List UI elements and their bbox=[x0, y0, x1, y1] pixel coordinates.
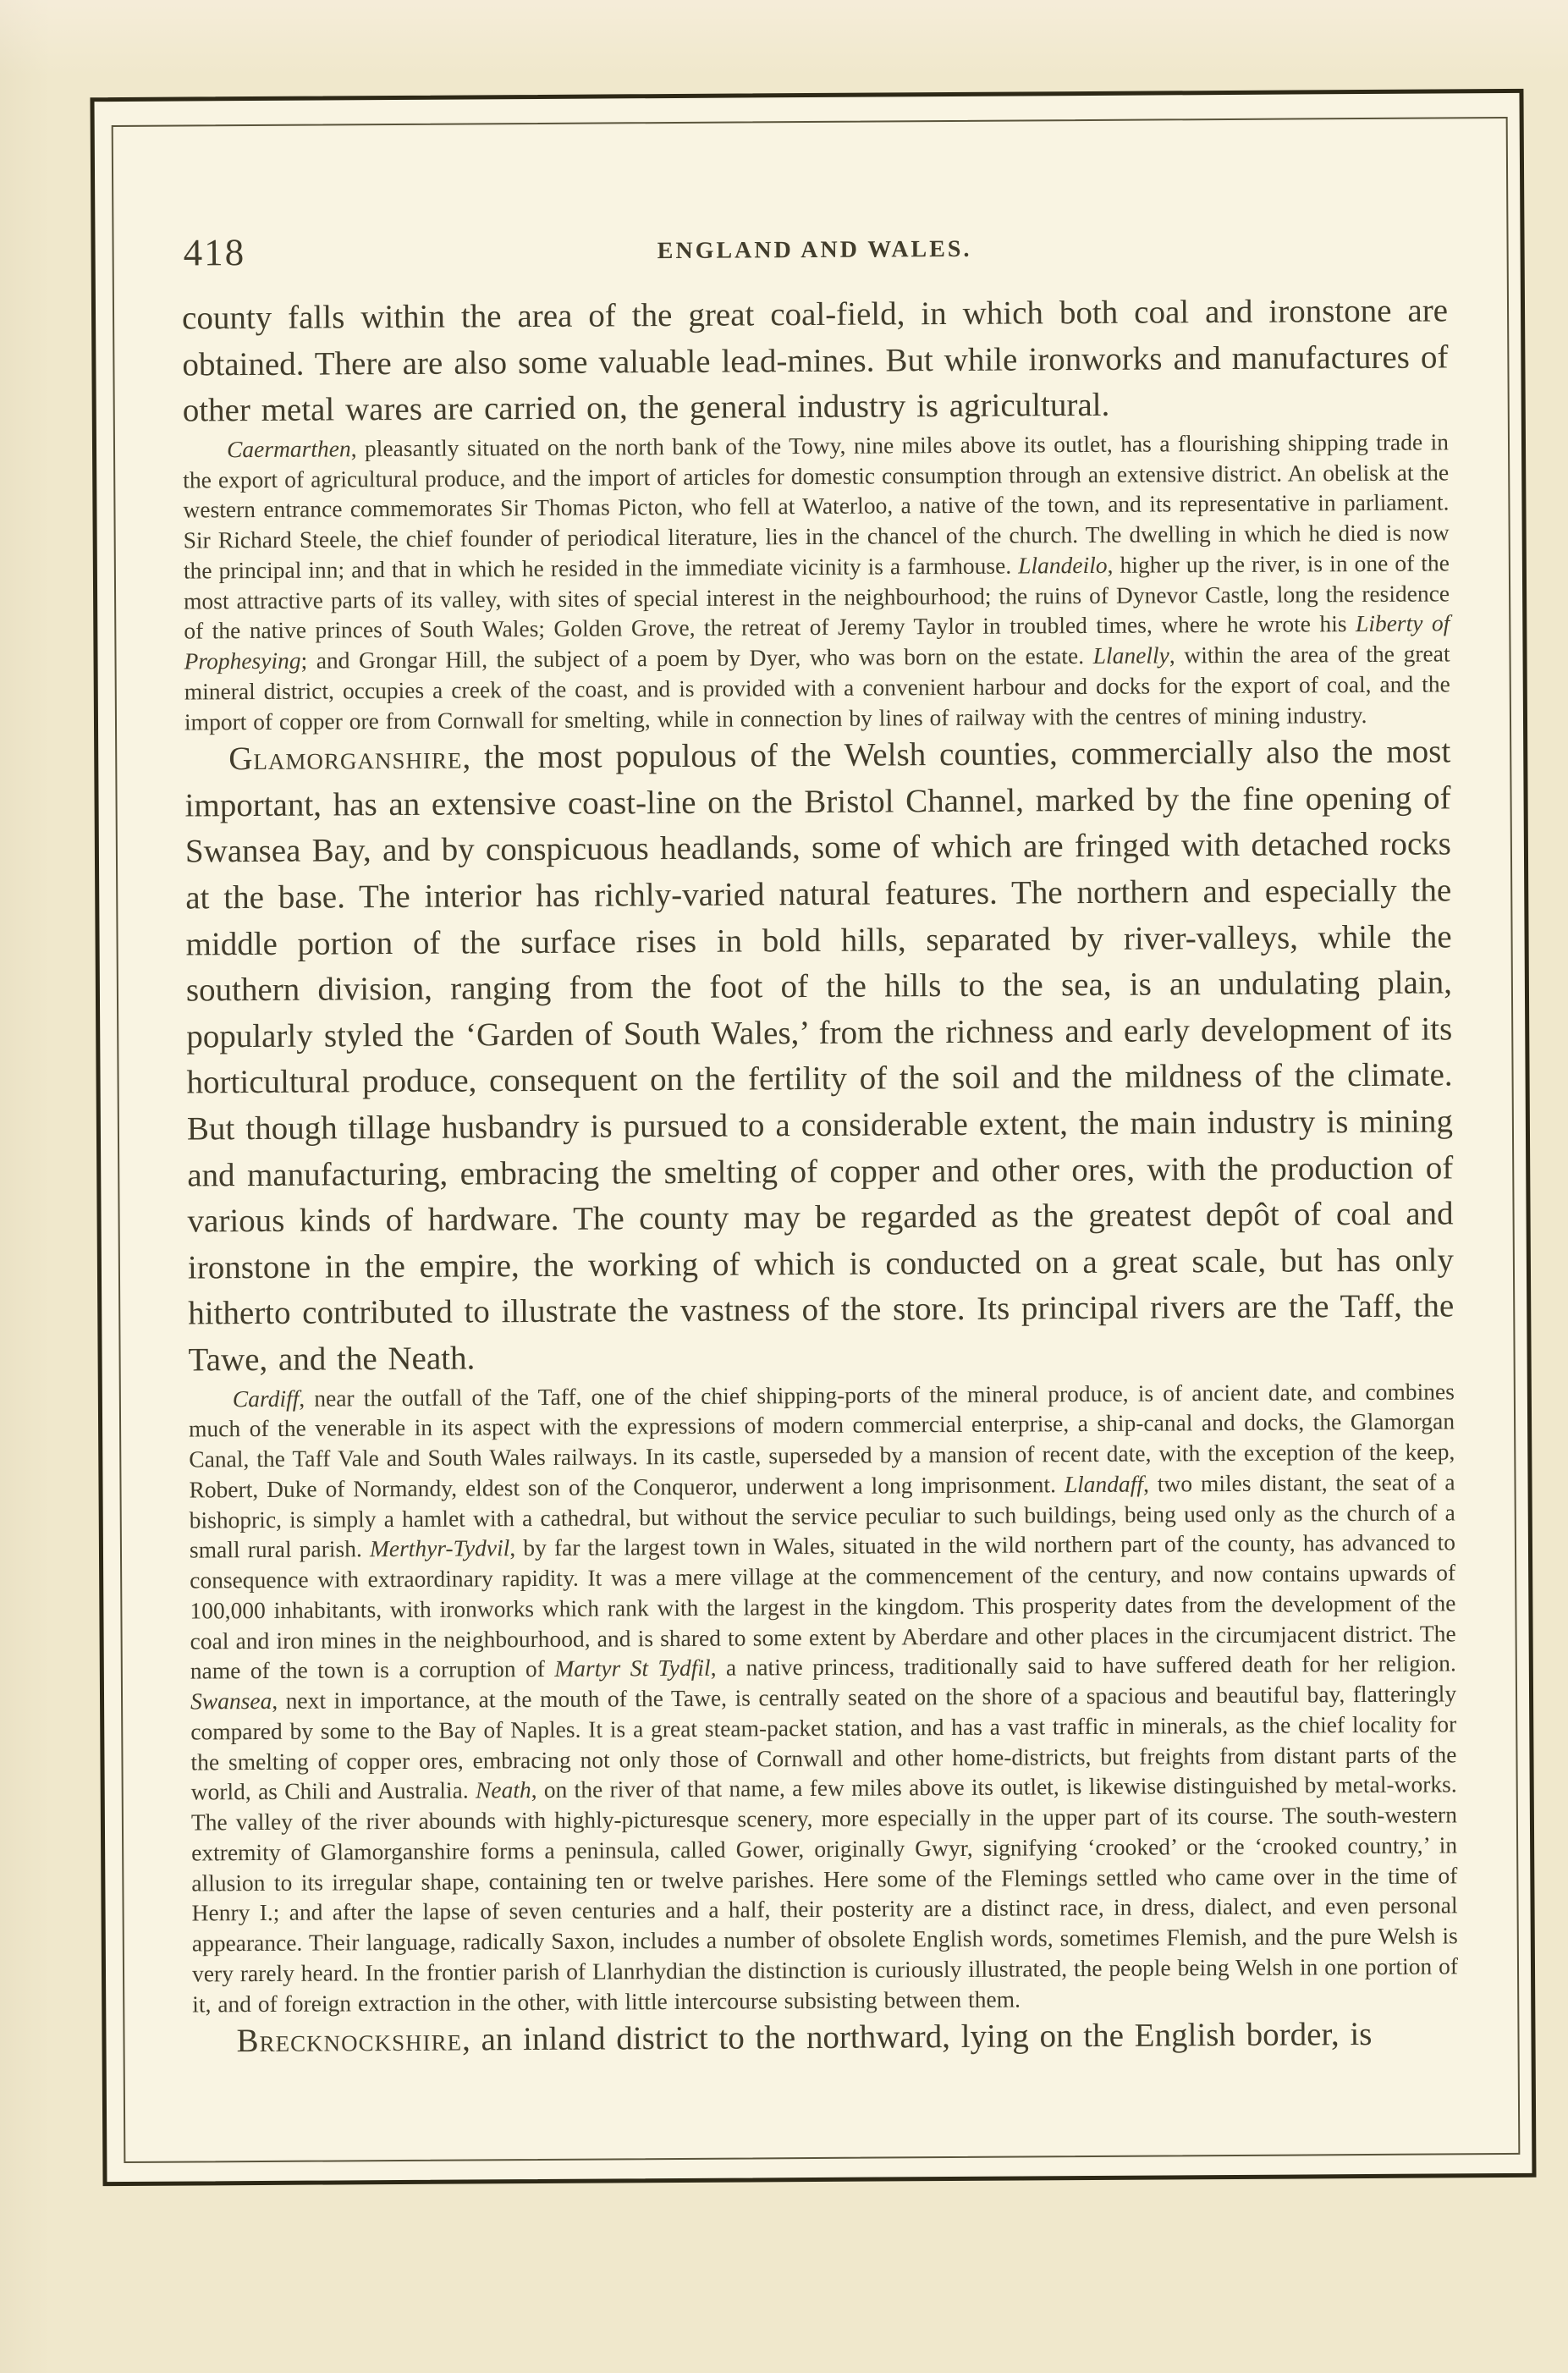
text-segment: Swansea bbox=[190, 1688, 272, 1715]
text-segment: Cardiff bbox=[233, 1385, 300, 1411]
text-segment: county falls within the area of the grea… bbox=[182, 292, 1449, 428]
paragraph-glamorganshire: Glamorganshire, the most populous of the… bbox=[184, 730, 1455, 1384]
text-segment: , on the river of that name, a few miles… bbox=[191, 1771, 1458, 2017]
text-segment: Caermarthen bbox=[227, 435, 351, 462]
text-segment: Merthyr-Tydvil bbox=[370, 1535, 510, 1562]
running-title: ENGLAND AND WALES. bbox=[182, 234, 1448, 266]
text-segment: , an inland district to the northward, l… bbox=[462, 2016, 1373, 2058]
text-segment: Martyr St Tydfil bbox=[554, 1654, 710, 1682]
text-segment: Llandeilo bbox=[1018, 552, 1108, 579]
text-segment: Llanelly bbox=[1093, 641, 1169, 669]
text-segment: , a native princess, traditionally said … bbox=[711, 1650, 1456, 1681]
page-header: 418 ENGLAND AND WALES. bbox=[181, 218, 1447, 272]
text-segment: Llandaff bbox=[1065, 1470, 1143, 1497]
page-inner-border: 418 ENGLAND AND WALES. county falls with… bbox=[112, 117, 1521, 2163]
text-segment: Neath bbox=[476, 1776, 531, 1803]
page-body: county falls within the area of the grea… bbox=[182, 288, 1459, 2065]
text-segment: , the most populous of the Welsh countie… bbox=[184, 734, 1454, 1379]
paragraph-brecknockshire: Brecknockshire, an inland district to th… bbox=[192, 2012, 1458, 2066]
text-segment: Glamorganshire bbox=[228, 740, 462, 778]
page-frame: 418 ENGLAND AND WALES. county falls with… bbox=[90, 89, 1536, 2186]
text-segment: ; and Grongar Hill, the subject of a poe… bbox=[300, 642, 1092, 674]
scanned-book-page: 418 ENGLAND AND WALES. county falls with… bbox=[0, 0, 1568, 2373]
paragraph-caermarthen: Caermarthen, pleasantly situated on the … bbox=[183, 427, 1450, 737]
paragraph-cardiff: Cardiff, near the outfall of the Taff, o… bbox=[189, 1376, 1459, 2019]
text-segment: Brecknockshire bbox=[236, 2022, 462, 2060]
paragraph-caermarthenshire-intro: county falls within the area of the grea… bbox=[182, 288, 1449, 434]
